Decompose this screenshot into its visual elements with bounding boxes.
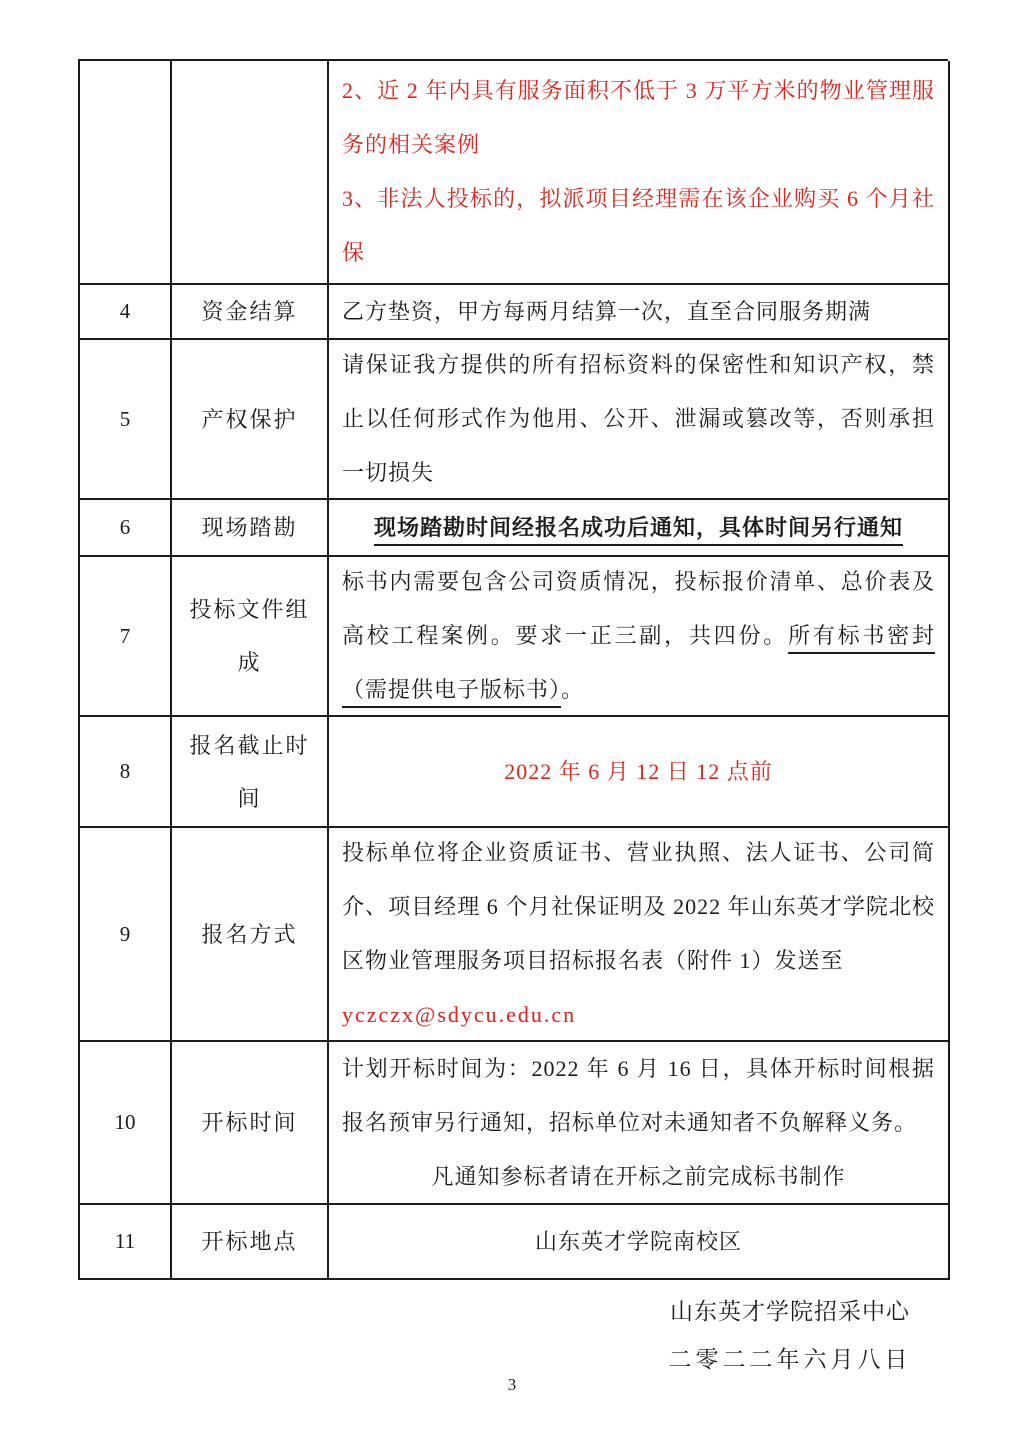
cell-label-6: 现场踏勘 xyxy=(172,500,329,557)
row-4-text: 乙方垫资，甲方每两月结算一次，直至合同服务期满 xyxy=(342,285,935,339)
signature-date: 二零二二年六月八日 xyxy=(600,1341,980,1374)
cell-label-8: 报名截止时间 xyxy=(172,717,329,828)
cell-content-4: 乙方垫资，甲方每两月结算一次，直至合同服务期满 xyxy=(329,285,950,340)
cell-seq-continuation xyxy=(80,61,172,285)
registration-method-text: 投标单位将企业资质证书、营业执照、法人证书、公司简介、项目经理 6 个月社保证明… xyxy=(342,828,935,988)
cell-content-5: 请保证我方提供的所有招标资料的保密性和知识产权，禁止以任何形式作为他用、公开、泄… xyxy=(329,340,950,500)
cell-label-10: 开标时间 xyxy=(172,1042,329,1205)
cell-seq-9: 9 xyxy=(80,828,172,1042)
row-7-text: 标书内需要包含公司资质情况，投标报价清单、总价表及高校工程案例。要求一正三副，共… xyxy=(342,557,935,717)
cell-label-11: 开标地点 xyxy=(172,1205,329,1280)
registration-deadline: 2022 年 6 月 12 日 12 点前 xyxy=(342,745,935,799)
row-5-text: 请保证我方提供的所有招标资料的保密性和知识产权，禁止以任何形式作为他用、公开、泄… xyxy=(342,340,935,500)
cell-seq-10: 10 xyxy=(80,1042,172,1205)
page-number: 3 xyxy=(0,1375,1024,1395)
cell-content-8: 2022 年 6 月 12 日 12 点前 xyxy=(329,717,950,828)
cell-content-7: 标书内需要包含公司资质情况，投标报价清单、总价表及高校工程案例。要求一正三副，共… xyxy=(329,557,950,717)
cell-label-9: 报名方式 xyxy=(172,828,329,1042)
cell-content-continuation: 2、近 2 年内具有服务面积不低于 3 万平方米的物业管理服务的相关案例 3、非… xyxy=(329,61,950,285)
requirements-table: 2、近 2 年内具有服务面积不低于 3 万平方米的物业管理服务的相关案例 3、非… xyxy=(78,59,948,1280)
cell-seq-4: 4 xyxy=(80,285,172,340)
cell-content-6: 现场踏勘时间经报名成功后通知，具体时间另行通知 xyxy=(329,500,950,557)
cell-label-continuation xyxy=(172,61,329,285)
cell-content-10: 计划开标时间为：2022 年 6 月 16 日，具体开标时间根据报名预审另行通知… xyxy=(329,1042,950,1205)
cell-seq-6: 6 xyxy=(80,500,172,557)
cell-label-4: 资金结算 xyxy=(172,285,329,340)
cell-label-5: 产权保护 xyxy=(172,340,329,500)
row-6-text: 现场踏勘时间经报名成功后通知，具体时间另行通知 xyxy=(342,501,935,555)
requirement-item-3: 3、非法人投标的，拟派项目经理需在该企业购买 6 个月社保 xyxy=(342,172,935,280)
sentence-period: 。 xyxy=(561,677,584,702)
bid-preparation-note: 凡通知参标者请在开标之前完成标书制作 xyxy=(342,1150,935,1204)
cell-label-7: 投标文件组成 xyxy=(172,557,329,717)
cell-seq-11: 11 xyxy=(80,1205,172,1280)
bid-opening-location: 山东英才学院南校区 xyxy=(342,1215,935,1269)
signature-org: 山东英才学院招采中心 xyxy=(600,1293,980,1326)
cell-seq-5: 5 xyxy=(80,340,172,500)
bid-opening-time-text: 计划开标时间为：2022 年 6 月 16 日，具体开标时间根据报名预审另行通知… xyxy=(342,1042,935,1150)
requirement-item-2: 2、近 2 年内具有服务面积不低于 3 万平方米的物业管理服务的相关案例 xyxy=(342,64,935,172)
cell-seq-7: 7 xyxy=(80,557,172,717)
site-survey-notice: 现场踏勘时间经报名成功后通知，具体时间另行通知 xyxy=(374,515,903,540)
cell-content-9: 投标单位将企业资质证书、营业执照、法人证书、公司简介、项目经理 6 个月社保证明… xyxy=(329,828,950,1042)
registration-email: yczczx@sdycu.edu.cn xyxy=(342,988,935,1042)
cell-content-11: 山东英才学院南校区 xyxy=(329,1205,950,1280)
cell-seq-8: 8 xyxy=(80,717,172,828)
